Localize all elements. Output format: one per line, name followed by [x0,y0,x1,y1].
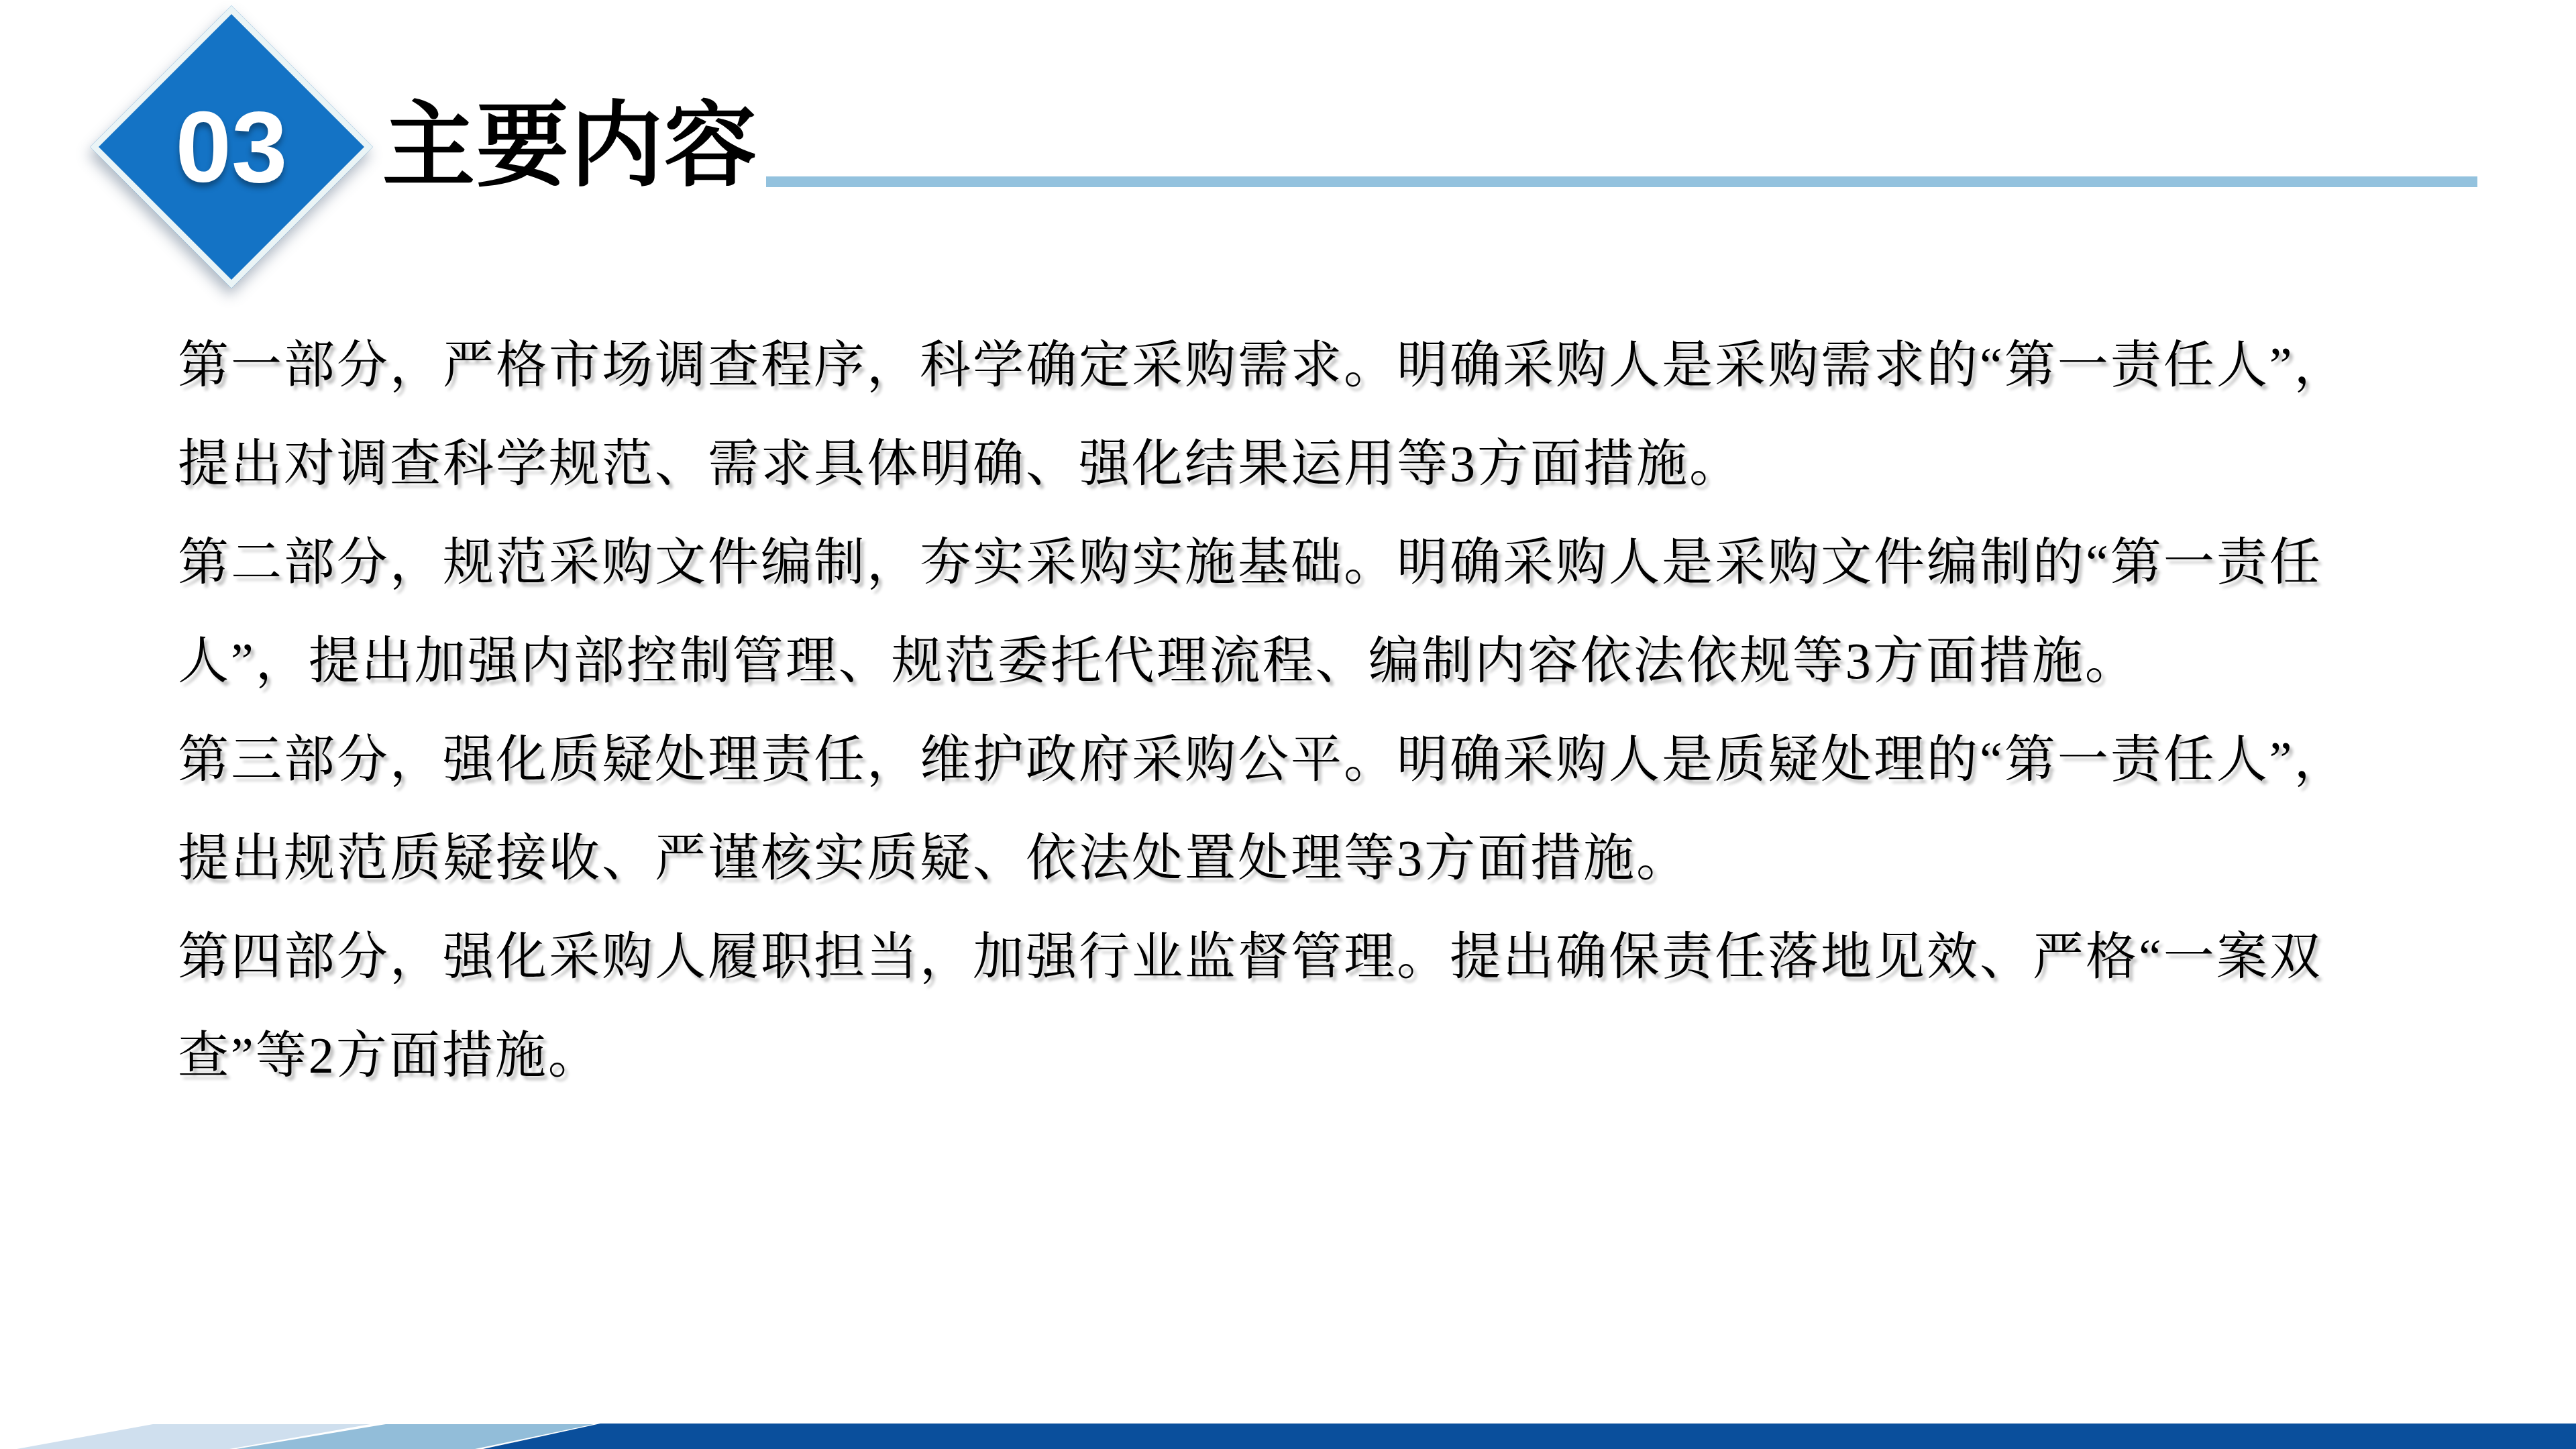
body-line: 查”等2方面措施。 [178,1007,2347,1106]
body-line: 第二部分，规范采购文件编制，夯实采购实施基础。明确采购人是采购文件编制的“第一责… [178,514,2347,612]
body-text-block: 第一部分，严格市场调查程序，科学确定采购需求。明确采购人是采购需求的“第一责任人… [178,317,2347,1106]
footer-band-dark-top-edge [1006,1422,2576,1424]
title-underline-bar [766,176,2477,187]
presentation-slide: 03 主要内容 第一部分，严格市场调查程序，科学确定采购需求。明确采购人是采购需… [0,0,2576,1449]
body-line: 人”，提出加强内部控制管理、规范委托代理流程、编制内容依法依规等3方面措施。 [178,612,2347,711]
body-line: 第三部分，强化质疑处理责任，维护政府采购公平。明确采购人是质疑处理的“第一责任人… [178,711,2347,810]
body-line: 第四部分，强化采购人履职担当，加强行业监督管理。提出确保责任落地见效、严格“一案… [178,908,2347,1007]
section-badge-diamond: 03 [90,5,372,288]
footer-decoration [0,1422,2576,1449]
body-line: 第一部分，严格市场调查程序，科学确定采购需求。明确采购人是采购需求的“第一责任人… [178,317,2347,415]
page-title: 主要内容 [382,99,758,194]
section-number: 03 [138,53,325,241]
body-line: 提出对调查科学规范、需求具体明确、强化结果运用等3方面措施。 [178,415,2347,514]
body-line: 提出规范质疑接收、严谨核实质疑、依法处置处理等3方面措施。 [178,810,2347,908]
